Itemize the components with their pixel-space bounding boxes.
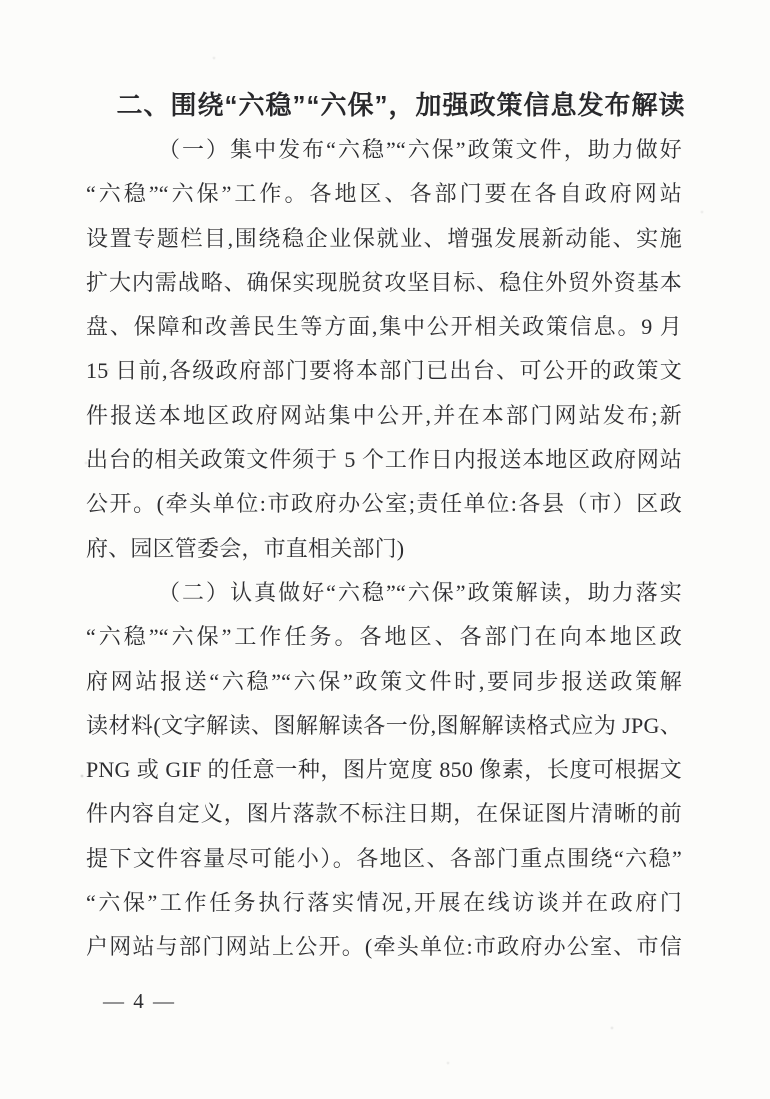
document-line: 户网站与部门网站上公开。(牵头单位:市政府办公室、市信	[86, 925, 682, 969]
document-body: （一）集中发布“六稳”“六保”政策文件，助力做好“六稳”“六保”工作。各地区、各…	[86, 128, 682, 970]
document-line: 府、园区管委会，市直相关部门)	[86, 527, 682, 571]
document-line: （二）认真做好“六稳”“六保”政策解读，助力落实	[86, 571, 682, 615]
document-line: “六稳”“六保”工作。各地区、各部门要在各自政府网站	[86, 172, 682, 216]
page-number: — 4 —	[103, 986, 176, 1016]
document-line: 设置专题栏目,围绕稳企业保就业、增强发展新动能、实施	[86, 217, 682, 261]
document-page: 二、围绕“六稳”“六保”，加强政策信息发布解读 （一）集中发布“六稳”“六保”政…	[0, 0, 770, 1099]
document-line: 提下文件容量尽可能小）。各地区、各部门重点围绕“六稳”	[86, 837, 682, 881]
document-line: 件内容自定义，图片落款不标注日期，在保证图片清晰的前	[86, 792, 682, 836]
section-heading: 二、围绕“六稳”“六保”，加强政策信息发布解读	[104, 83, 698, 128]
document-line: 出台的相关政策文件须于 5 个工作日内报送本地区政府网站	[86, 438, 682, 482]
document-line: 读材料(文字解读、图解解读各一份,图解解读格式应为 JPG、	[86, 704, 682, 748]
document-line: 扩大内需战略、确保实现脱贫攻坚目标、稳住外贸外资基本	[86, 261, 682, 305]
document-line: 件报送本地区政府网站集中公开,并在本部门网站发布;新	[86, 394, 682, 438]
document-line: “六保”工作任务执行落实情况,开展在线访谈并在政府门	[86, 881, 682, 925]
document-line: “六稳”“六保”工作任务。各地区、各部门在向本地区政	[86, 615, 682, 659]
document-line: PNG 或 GIF 的任意一种，图片宽度 850 像素，长度可根据文	[86, 748, 682, 792]
document-line: 盘、保障和改善民生等方面,集中公开相关政策信息。9 月	[86, 305, 682, 349]
document-line: 公开。(牵头单位:市政府办公室;责任单位:各县（市）区政	[86, 482, 682, 526]
document-line: 府网站报送“六稳”“六保”政策文件时,要同步报送政策解	[86, 660, 682, 704]
document-line: 15 日前,各级政府部门要将本部门已出台、可公开的政策文	[86, 349, 682, 393]
document-line: （一）集中发布“六稳”“六保”政策文件，助力做好	[86, 128, 682, 172]
